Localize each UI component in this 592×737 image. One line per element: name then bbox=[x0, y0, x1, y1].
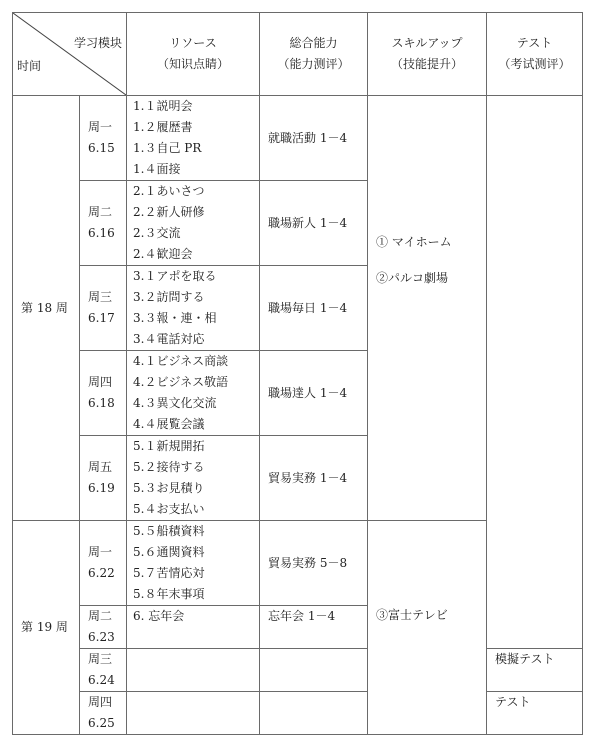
day-cell: 周五6.19 bbox=[80, 436, 127, 521]
test-cell bbox=[487, 96, 583, 649]
header-row: 学习模块 时间 リソース（知识点睛） 総合能力（能力测评） スキルアップ（技能提… bbox=[13, 13, 583, 96]
resources-cell bbox=[127, 692, 260, 735]
ability-cell: 職場達人 1－4 bbox=[260, 351, 368, 436]
col-header-skillup: スキルアップ（技能提升） bbox=[368, 13, 487, 96]
resources-cell bbox=[127, 649, 260, 692]
resources-cell: 2.１あいさつ2.２新人研修2.３交流2.４歓迎会 bbox=[127, 181, 260, 266]
skill-item: ②パルコ劇場 bbox=[376, 268, 486, 289]
corner-cell: 学习模块 时间 bbox=[13, 13, 127, 96]
table-row: 周三6.24 模擬テスト bbox=[13, 649, 583, 692]
skill-item: ③富士テレビ bbox=[376, 605, 486, 626]
test-cell: 模擬テスト bbox=[487, 649, 583, 692]
week-label: 第 19 周 bbox=[13, 521, 80, 735]
resources-cell: 5.１新規開拓5.２接待する5.３お見積り5.４お支払い bbox=[127, 436, 260, 521]
day-cell: 周四6.25 bbox=[80, 692, 127, 735]
table-row: 周四6.25 テスト bbox=[13, 692, 583, 735]
corner-time-label: 时间 bbox=[17, 56, 41, 77]
resources-cell: 6. 忘年会 bbox=[127, 606, 260, 649]
ability-cell bbox=[260, 649, 368, 692]
skillup-cell: ③富士テレビ bbox=[368, 521, 487, 735]
col-header-resources: リソース（知识点睛） bbox=[127, 13, 260, 96]
ability-cell: 職場毎日 1－4 bbox=[260, 266, 368, 351]
test-cell: テスト bbox=[487, 692, 583, 735]
week-label: 第 18 周 bbox=[13, 96, 80, 521]
col-header-ability: 総合能力（能力测评） bbox=[260, 13, 368, 96]
resources-cell: 3.１アポを取る3.２訪問する3.３報・連・相3.４電話対応 bbox=[127, 266, 260, 351]
day-cell: 周一6.22 bbox=[80, 521, 127, 606]
corner-module-label: 学习模块 bbox=[74, 33, 122, 54]
day-cell: 周四6.18 bbox=[80, 351, 127, 436]
resources-cell: 1.１説明会1.２履歴書1.３自己 PR1.４面接 bbox=[127, 96, 260, 181]
schedule-table: 学习模块 时间 リソース（知识点睛） 総合能力（能力测评） スキルアップ（技能提… bbox=[12, 12, 583, 735]
skill-item: ① マイホーム bbox=[376, 232, 486, 253]
day-cell: 周一6.15 bbox=[80, 96, 127, 181]
day-cell: 周二6.16 bbox=[80, 181, 127, 266]
ability-cell bbox=[260, 692, 368, 735]
day-cell: 周三6.24 bbox=[80, 649, 127, 692]
skillup-cell: ① マイホーム ②パルコ劇場 bbox=[368, 96, 487, 521]
day-cell: 周三6.17 bbox=[80, 266, 127, 351]
ability-cell: 貿易実務 1－4 bbox=[260, 436, 368, 521]
day-cell: 周二6.23 bbox=[80, 606, 127, 649]
resources-cell: 4.１ビジネス商談4.２ビジネス敬語4.３異文化交流4.４展覧会議 bbox=[127, 351, 260, 436]
ability-cell: 職場新人 1－4 bbox=[260, 181, 368, 266]
ability-cell: 忘年会 1－4 bbox=[260, 606, 368, 649]
table-row: 第 18 周 周一6.15 1.１説明会1.２履歴書1.３自己 PR1.４面接 … bbox=[13, 96, 583, 181]
resources-cell: 5.５船積資料5.６通関資料5.７苦情応対5.８年末事項 bbox=[127, 521, 260, 606]
col-header-test: テスト（考试测评） bbox=[487, 13, 583, 96]
ability-cell: 就職活動 1－4 bbox=[260, 96, 368, 181]
ability-cell: 貿易実務 5－8 bbox=[260, 521, 368, 606]
diagonal-line bbox=[13, 13, 126, 95]
